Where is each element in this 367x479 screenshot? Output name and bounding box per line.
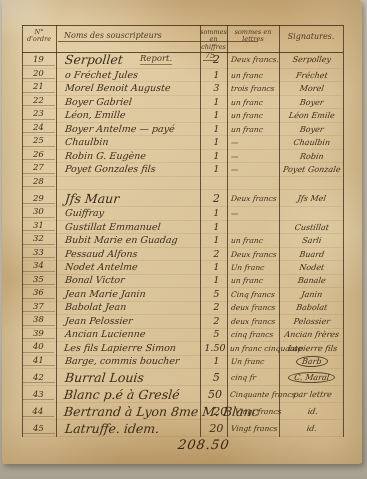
row-signature-text: C. Maral [288, 372, 337, 383]
row-signature-text: Lapierre fils [287, 344, 338, 353]
table-row: 21 Morel Benoit Auguste 3 trois francs M… [22, 82, 343, 95]
row-amount-figures: 1 [203, 110, 229, 121]
table-row: 41 Barge, commis boucher 1 Un franc Barb [22, 356, 343, 369]
row-signature-text: Morel [299, 84, 324, 93]
table-row: 24 Boyer Antelme — payé 1 un franc Boyer [22, 123, 343, 136]
row-amount-figures: 1 [203, 208, 229, 219]
subscription-table: N° d'ordre Noms des souscripteurs sommes… [22, 25, 343, 437]
row-signature-text: Sarli [302, 236, 322, 245]
row-amount-letters: un franc cinquante [227, 344, 282, 353]
row-amount-letters: un franc [229, 276, 282, 285]
row-amount-figures: 2 [203, 302, 229, 313]
row-subscriber-name: Nodet Antelme [54, 262, 204, 273]
row-number: 19 [22, 56, 55, 66]
row-number: 22 [22, 97, 55, 107]
row-subscriber-name: Pessaud Alfons [54, 249, 204, 260]
row-number: 44 [22, 408, 54, 418]
row-amount-letters: Cinq francs [229, 290, 282, 299]
row-amount-figures: 1 [203, 70, 229, 81]
row-number: 26 [22, 151, 55, 161]
row-signature-text: Robin [300, 152, 325, 161]
row-signature: Boyer [281, 125, 344, 134]
row-signature: Lapierre fils [281, 344, 343, 353]
row-amount-letters: — [229, 165, 282, 174]
row-number: 32 [22, 235, 55, 245]
row-signature: Ancian frères [281, 330, 344, 339]
row-subscriber-name: Jean Pelossier [54, 316, 204, 327]
row-number: 33 [22, 249, 55, 259]
row-amount-letters: Deux francs [229, 194, 282, 203]
row-signature: Nodet [281, 263, 344, 272]
table-row: 32 Bubit Marie en Guadag 1 un franc Sarl… [22, 234, 343, 247]
row-amount-letters: — [229, 152, 282, 161]
table-row: 34 Nodet Antelme 1 Un franc Nodet [22, 261, 343, 274]
row-signature-text: Barb [296, 356, 329, 367]
row-signature-text: Jfs Mel [297, 194, 327, 203]
row-signature: Babolat [281, 303, 344, 312]
row-amount-figures: 1 [203, 151, 229, 162]
row-signature-text: Custillat [294, 223, 330, 232]
row-signature: Custillat [281, 223, 344, 232]
row-number: 40 [22, 343, 54, 353]
row-number: 24 [22, 124, 55, 134]
row-signature: Boyer [281, 98, 344, 107]
row-number: 35 [22, 276, 55, 286]
row-number: 34 [22, 262, 55, 272]
row-amount-figures: 2 [203, 192, 229, 205]
header-chiffres: sommes en chiffres [200, 26, 227, 52]
row-subscriber-name: Guiffray [54, 208, 204, 219]
row-subscriber-name: Serpollet [54, 52, 204, 67]
row-amount-figures: 1 [203, 262, 229, 273]
row-signature: Sarli [281, 236, 344, 245]
row-amount-figures: 2 [203, 249, 229, 260]
row-signature: id. [283, 407, 344, 416]
row-signature-text: Boyer [300, 125, 325, 134]
row-signature-text: Poyet Gonzale [283, 165, 342, 174]
total-amount: 208.50 [177, 438, 231, 453]
row-amount-letters: Deux francs [229, 250, 282, 259]
row-number: 38 [22, 316, 55, 326]
table-row: 39 Ancian Lucienne 5 cinq francs Ancian … [22, 329, 343, 342]
row-signature-text: Babolat [296, 303, 328, 312]
row-amount-letters: cinq fr [229, 373, 282, 382]
row-subscriber-name: Bubit Marie en Guadag [54, 235, 204, 246]
header-signatures: Signatures. [279, 26, 343, 52]
row-amount-figures: 1.50 [202, 343, 228, 354]
row-subscriber-name: Les fils Lapierre Simon [54, 343, 203, 354]
row-signature: id. [281, 424, 344, 433]
column-rule-right [343, 25, 344, 437]
row-subscriber-name: Robin G. Eugène [54, 151, 204, 162]
row-amount-letters: Un franc [229, 357, 282, 366]
row-subscriber-name: Burral Louis [54, 370, 204, 385]
row-subscriber-name: Bertrand à Lyon 8me M. Blanc [53, 404, 209, 419]
row-number: 36 [22, 289, 55, 299]
table-row: 42 Burral Louis 5 cinq fr C. Maral [22, 369, 343, 386]
row-amount-figures: 2 [203, 53, 229, 66]
row-amount-letters: Cinquante francs [227, 390, 282, 399]
table-row: 26 Robin G. Eugène 1 — Robin [22, 150, 343, 163]
table-row: 23 Léon, Emille 1 un franc Léon Emile [22, 109, 343, 122]
row-subscriber-name: Blanc p.é à Greslé [54, 387, 203, 402]
row-signature-text: id. [307, 407, 318, 416]
row-signature-text: Léon Emile [289, 111, 336, 120]
row-number: 45 [22, 425, 55, 435]
row-signature: Banale [281, 276, 344, 285]
row-signature: Poyet Gonzale [281, 165, 344, 174]
row-subscriber-name: Chaulbin [54, 137, 204, 148]
table-row: 35 Bonal Victor 1 un franc Banale [22, 275, 343, 288]
table-row: 43 Blanc p.é à Greslé 50 Cinquante franc… [22, 386, 343, 403]
row-signature: Jfs Mel [281, 194, 344, 203]
row-amount-letters: deux francs [229, 303, 282, 312]
row-amount-figures: 1 [203, 97, 229, 108]
row-subscriber-name: Boyer Gabriel [54, 97, 204, 108]
row-signature-text: Janin [301, 290, 323, 299]
row-amount-letters: trois francs [229, 84, 282, 93]
row-signature-text: Chaulbin [293, 138, 331, 147]
row-signature: Serpolley [281, 55, 344, 64]
header-names: Noms des souscripteurs [56, 26, 200, 52]
row-amount-letters: Vingt francs [232, 407, 283, 416]
row-amount-letters: un franc [229, 71, 282, 80]
row-amount-figures: 50 [202, 388, 228, 401]
table-row: 40 Les fils Lapierre Simon 1.50 un franc… [22, 342, 343, 355]
row-subscriber-name: Jfs Maur [54, 191, 204, 206]
row-number: 21 [22, 83, 55, 93]
row-amount-letters: deux francs [229, 317, 282, 326]
table-row: 19 Serpollet 2 Deux francs. Serpolley [22, 52, 343, 69]
table-header: N° d'ordre Noms des souscripteurs sommes… [22, 26, 343, 52]
row-number: 28 [22, 178, 55, 188]
row-subscriber-name: Boyer Antelme — payé [54, 124, 204, 135]
header-lettres: sommes en lettres [227, 26, 279, 52]
row-amount-letters: — [229, 138, 282, 147]
table-row: 30 Guiffray 1 — [22, 207, 343, 220]
row-number: 30 [22, 208, 55, 218]
row-number: 37 [22, 303, 55, 313]
row-amount-figures: 5 [203, 371, 229, 384]
row-subscriber-name: Barge, commis boucher [54, 356, 204, 367]
table-row: 38 Jean Pelossier 2 deux francs Pelossie… [22, 315, 343, 328]
table-row: 20 o Fréchet Jules 1 un franc Fréchet [22, 69, 343, 82]
row-amount-figures: 1 [203, 222, 229, 233]
row-amount-letters: un franc [229, 111, 282, 120]
row-signature: Fréchet [281, 71, 344, 80]
row-amount-figures: 1 [203, 356, 229, 367]
table-row: 37 Babolat Jean 2 deux francs Babolat [22, 302, 343, 315]
row-signature-text: Pelossier [293, 317, 331, 326]
row-signature-text: Banale [298, 276, 327, 285]
row-signature-text: Ancian frères [284, 330, 340, 339]
row-number: 31 [22, 222, 55, 232]
row-subscriber-name: Babolat Jean [54, 302, 204, 313]
table-row: 25 Chaulbin 1 — Chaulbin [22, 136, 343, 149]
row-signature: Chaulbin [281, 138, 344, 147]
row-number: 29 [22, 195, 55, 205]
row-amount-figures: 20 [203, 422, 229, 435]
table-row: 31 Gustillat Emmanuel 1 Custillat [22, 221, 343, 234]
row-signature: Léon Emile [281, 111, 344, 120]
row-amount-figures: 1 [203, 137, 229, 148]
table-row: 45 Latruffe. idem. 20 Vingt francs id. [22, 420, 343, 437]
row-subscriber-name: Latruffe. idem. [54, 421, 204, 436]
row-signature: Pelossier [281, 317, 344, 326]
row-amount-letters: cinq francs [229, 330, 282, 339]
row-amount-letters: — [229, 209, 282, 218]
row-number: 43 [22, 391, 54, 401]
table-row: 44 Bertrand à Lyon 8me M. Blanc 20 Vingt… [22, 403, 343, 420]
row-amount-letters: Deux francs. [229, 55, 282, 64]
row-amount-letters: un franc [229, 98, 282, 107]
row-subscriber-name: Gustillat Emmanuel [54, 222, 204, 233]
row-signature-text: Nodet [299, 263, 325, 272]
row-amount-figures: 5 [203, 289, 229, 300]
row-signature: Barb [281, 356, 344, 367]
row-signature: Buard [281, 250, 344, 259]
row-subscriber-name: Léon, Emille [54, 110, 204, 121]
row-signature-text: Buard [299, 250, 325, 259]
table-row: 36 Jean Marie Janin 5 Cinq francs Janin [22, 288, 343, 301]
row-signature-text: id. [306, 424, 317, 433]
row-signature: Morel [281, 84, 344, 93]
table-row: 22 Boyer Gabriel 1 un franc Boyer [22, 96, 343, 109]
row-amount-figures: 1 [203, 275, 229, 286]
row-signature-text: par lettre [293, 390, 333, 399]
row-signature-text: Serpolley [292, 55, 332, 64]
ledger-paper: N° d'ordre Noms des souscripteurs sommes… [2, 0, 362, 464]
row-amount-figures: 1 [203, 235, 229, 246]
table-row: 29 Jfs Maur 2 Deux francs Jfs Mel [22, 190, 343, 207]
row-amount-figures: 1 [203, 164, 229, 175]
row-subscriber-name: o Fréchet Jules [54, 70, 204, 81]
row-number: 23 [22, 110, 55, 120]
row-amount-letters: Un franc [229, 263, 282, 272]
row-amount-figures: 5 [203, 329, 229, 340]
row-amount-letters: Vingt francs [229, 424, 282, 433]
row-subscriber-name: Jean Marie Janin [54, 289, 204, 300]
row-amount-letters: un franc [229, 236, 282, 245]
row-number: 25 [22, 137, 55, 147]
table-row: 33 Pessaud Alfons 2 Deux francs Buard [22, 248, 343, 261]
row-amount-figures: 1 [203, 124, 229, 135]
row-subscriber-name: Poyet Gonzales fils [54, 164, 204, 175]
row-amount-letters: un franc [229, 125, 282, 134]
row-amount-figures: 3 [203, 83, 229, 94]
row-number: 39 [22, 330, 55, 340]
table-rows: 19 Serpollet 2 Deux francs. Serpolley 20… [22, 52, 343, 437]
table-row: 28 [22, 177, 343, 190]
row-signature: Janin [281, 290, 344, 299]
row-signature: C. Maral [281, 372, 344, 383]
row-number: 42 [22, 374, 55, 384]
row-subscriber-name: Ancian Lucienne [54, 329, 204, 340]
row-subscriber-name: Morel Benoit Auguste [54, 83, 204, 94]
row-number: 27 [22, 164, 55, 174]
row-signature-text: Boyer [300, 98, 325, 107]
row-signature-text: Fréchet [296, 71, 329, 80]
row-amount-figures: 2 [203, 316, 229, 327]
row-number: 41 [22, 357, 55, 367]
header-num: N° d'ordre [22, 26, 56, 52]
table-row: 27 Poyet Gonzales fils 1 — Poyet Gonzale [22, 163, 343, 176]
row-signature: Robin [281, 152, 344, 161]
row-signature: par lettre [281, 390, 343, 399]
row-number: 20 [22, 70, 55, 80]
row-subscriber-name: Bonal Victor [54, 275, 204, 286]
